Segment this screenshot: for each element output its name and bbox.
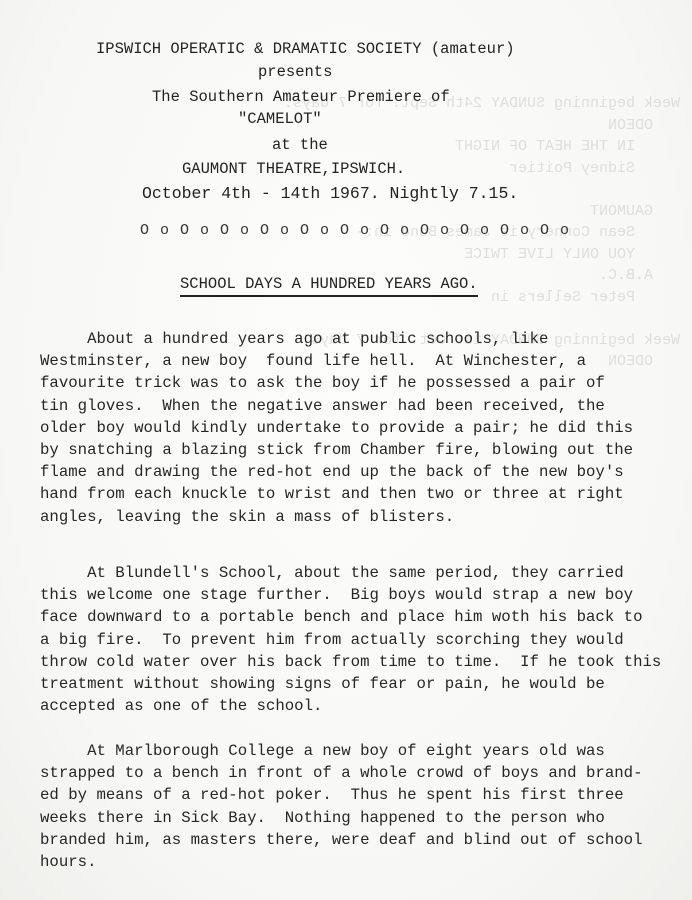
paragraph-marlborough: At Marlborough College a new boy of eigh… [40, 740, 692, 873]
at-the-line: at the [272, 134, 328, 157]
society-name: IPSWICH OPERATIC & DRAMATIC SOCIETY (ama… [96, 38, 515, 61]
text-line: tin gloves. When the negative answer had… [40, 395, 692, 417]
presents-line: presents [258, 61, 332, 84]
text-line: At Marlborough College a new boy of eigh… [40, 740, 692, 762]
text-line: this welcome one stage further. Big boys… [40, 584, 692, 606]
text-line: flame and drawing the red-hot end up the… [40, 461, 692, 483]
text-line: weeks there in Sick Bay. Nothing happene… [40, 807, 692, 829]
text-line: accepted as one of the school. [40, 695, 692, 717]
text-line: hand from each knuckle to wrist and then… [40, 483, 692, 505]
text-line: At Blundell's School, about the same per… [40, 562, 692, 584]
text-line: by snatching a blazing stick from Chambe… [40, 439, 692, 461]
text-line: About a hundred years ago at public scho… [40, 328, 692, 350]
text-line: angles, leaving the skin a mass of blist… [40, 506, 692, 528]
dates-line: October 4th - 14th 1967. Nightly 7.15. [142, 182, 518, 205]
article-title: SCHOOL DAYS A HUNDRED YEARS AGO. [180, 275, 478, 297]
show-title: "CAMELOT" [238, 108, 322, 131]
text-line: strapped to a bench in front of a whole … [40, 762, 692, 784]
paragraph-blundells: At Blundell's School, about the same per… [40, 562, 692, 717]
text-line: favourite trick was to ask the boy if he… [40, 372, 692, 394]
text-line: treatment without showing signs of fear … [40, 673, 692, 695]
paragraph-winchester: About a hundred years ago at public scho… [40, 328, 692, 528]
decorative-divider: O o O o O o O o O o O o O o O o O o O o … [140, 222, 570, 239]
text-line: older boy would kindly undertake to prov… [40, 417, 692, 439]
document-page: Week beginning SUNDAY 24th Sept. for 7 d… [0, 0, 692, 900]
venue-line: GAUMONT THEATRE,IPSWICH. [182, 158, 405, 181]
text-line: a big fire. To prevent him from actually… [40, 629, 692, 651]
text-line: ed by means of a red-hot poker. Thus he … [40, 784, 692, 806]
text-line: throw cold water over his back from time… [40, 651, 692, 673]
text-line: hours. [40, 851, 692, 873]
text-line: Westminster, a new boy found life hell. … [40, 350, 692, 372]
text-line: face downward to a portable bench and pl… [40, 606, 692, 628]
text-line: branded him, as masters there, were deaf… [40, 829, 692, 851]
premiere-line: The Southern Amateur Premiere of [152, 86, 450, 109]
